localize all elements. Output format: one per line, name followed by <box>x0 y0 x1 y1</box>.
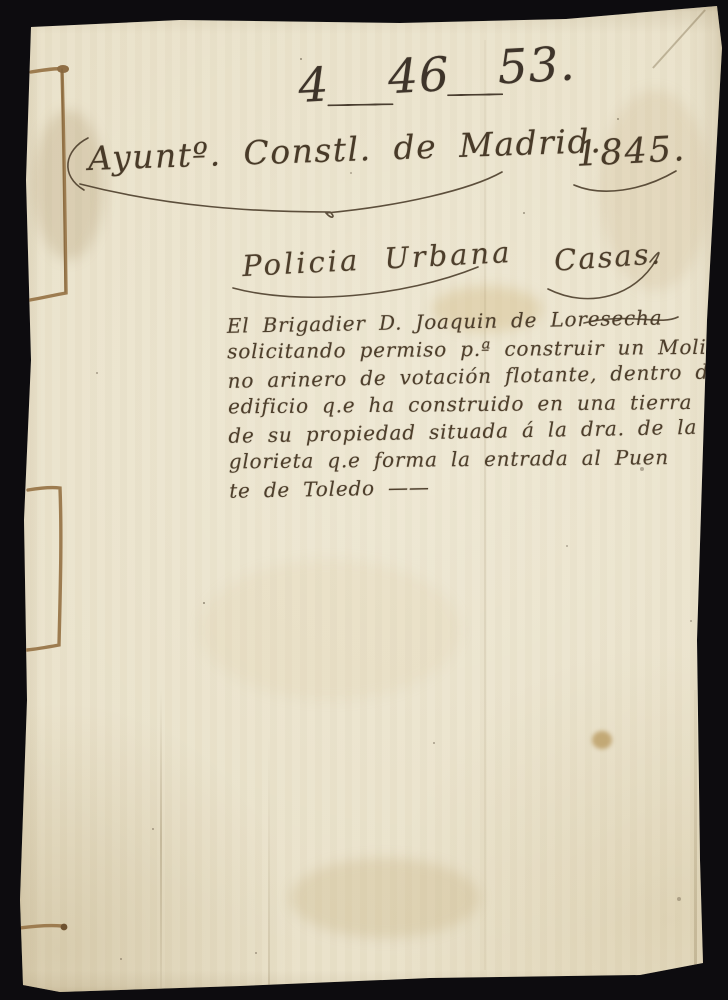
bottom-stitch-thread <box>20 926 62 928</box>
fold-crease <box>694 690 697 980</box>
fold-crease <box>268 735 270 985</box>
paper-stain <box>34 110 104 260</box>
archive-number-1: 4 <box>297 57 331 114</box>
fold-crease <box>652 9 706 68</box>
paper-stain <box>290 858 480 938</box>
middle-stitch-thread <box>27 488 61 650</box>
number-separator-dash <box>327 103 393 106</box>
top-stitch-thread <box>30 69 66 300</box>
section-title-policia-urbana: Policia Urbana <box>241 235 513 283</box>
entry-description: El Brigadier D. Joaquin de Loresecha sol… <box>227 305 728 504</box>
year-label: 1845. <box>575 129 687 175</box>
section-title-casas: Casas. <box>553 236 663 277</box>
thread-knot <box>57 65 69 73</box>
ink-specks <box>0 0 2 2</box>
fold-crease <box>160 690 162 988</box>
number-separator-dash <box>447 93 503 96</box>
paper-stain <box>200 560 460 700</box>
archive-number-row: 4 46 53. <box>280 32 583 118</box>
archive-number-2: 46 <box>387 47 452 105</box>
archive-number-3: 53. <box>496 37 577 96</box>
thread-knot <box>61 924 68 931</box>
paper-stain <box>592 731 612 749</box>
fold-crease <box>484 40 486 970</box>
institution-title: Ayuntº. Constl. de Madrid. <box>87 121 602 178</box>
scanned-manuscript-view: 4 46 53. Ayuntº. Constl. de Madrid. 1845… <box>0 0 728 1000</box>
header-underline-flourish <box>80 172 502 217</box>
manuscript-page: 4 46 53. Ayuntº. Constl. de Madrid. 1845… <box>0 0 728 1000</box>
header-opening-paren-flourish <box>68 138 88 190</box>
thread-shadow <box>62 69 65 292</box>
